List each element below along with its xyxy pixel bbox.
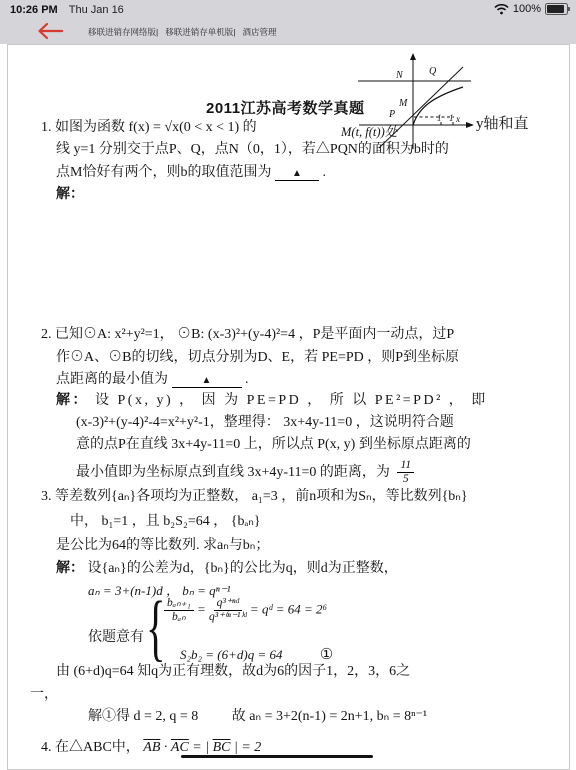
figure-label-Q: Q [429,66,437,77]
q3-sol-line5-right: 故 aₙ = 3+2(n-1) = 2n+1, bₙ = 8ⁿ⁻¹ [232,709,427,724]
q3-sol-line1: 解： 设{aₙ}的公差为d，{bₙ}的公比为q，则d为正整数， [56,560,398,578]
q2-line1: 2. 已知⊙A: x²+y²=1， ⊙B: (x-3)²+(y-4)²=4 ，P… [41,326,454,344]
nav-link-hotel[interactable]: 酒店管理 [242,26,276,38]
ratio-left-num: bₐₙ₊₁ [164,597,194,611]
q1-line1: 1. 如图为函数 f(x) = √x(0 < x < 1) 的 [41,119,257,137]
equals-sign: = [197,602,206,617]
tick-label-2: 1 [449,113,454,123]
wifi-icon [494,4,509,15]
q3-sol-line5-left: 解①得 d = 2, q = 8 [88,709,198,724]
app-toolbar: 移联进销存网络版| 移联进销存单机版| 酒店管理 [0,20,576,44]
fraction-denominator: 5 [403,473,409,486]
q4-eq2: | = 2 [234,740,261,755]
q2-sol-line1-text: 设 P(x, y) ， 因 为 PE=PD ， 所 以 PE²=PD² ， 即 [95,393,488,408]
q3-line2: 中， b₁=1 ，且 b₂S₂=64 ， {bₐₙ} [70,513,261,531]
q2-line2: 作⊙A、⊙B的切线，切点分别为D、E，若 PE=PD ，则P到坐标原 [56,349,459,367]
q2-sol-line4-text: 最小值即为坐标原点到直线 3x+4y-11=0 的距离，为 [76,465,390,480]
nav-link-retail-standalone[interactable]: 移联进销存单机版| [165,26,235,38]
fraction-numerator: 11 [397,459,414,473]
system-brace: { [146,591,166,665]
back-arrow-icon[interactable] [36,22,64,40]
q2-line3-text: 点距离的最小值为 [56,372,168,387]
q1-line3-period: . [322,165,326,180]
q1-line3-text: 点M恰好有两个，则b的取值范围为 [56,165,271,180]
q3-sol-line3: 由 (6+d)q=64 知q为正有理数，故d为6的因子1，2，3，6之 [56,663,410,681]
q2-sol-line2: (x-3)²+(y-4)²-4=x²+y²-1，整理得： 3x+4y-11=0 … [76,414,454,432]
q3-sol-line4: 一， [30,686,58,704]
system-header: 10:26 PM Thu Jan 16 100% 移联进销存网络版| 移联进销存… [0,0,576,44]
q1-line1-tail: y轴和直 [476,115,529,133]
status-time-date: 10:26 PM Thu Jan 16 [10,4,124,16]
ratio-fraction-left: bₐₙ₊₁ bₐₙ [164,597,194,624]
q1-answer-blank: ▲ [275,168,319,181]
vector-BC: BC [213,740,231,755]
battery-icon [545,3,568,15]
q1-line2: 线 y=1 分别交于点P、Q，点N（0，1），若△PQN的面积为b时的 [56,141,449,159]
q1-line1-text: 1. 如图为函数 f(x) = √x(0 < x < 1) 的 [41,120,257,135]
figure-label-N: N [395,70,404,81]
q1-line1-mt: M(t, f(t))处 [341,123,397,141]
circled-one-label: ① [320,647,333,663]
vector-AC: AC [171,740,189,755]
q3-row1-tail: = qᵈ = 64 = 2⁶ [250,602,327,617]
tick-label-1: 1 [437,113,442,123]
ratio-fraction-right: q³⁺ⁿᵈ q³⁺⁽ⁿ⁻¹⁾ᵈ [209,597,247,624]
q3-sol-line5: 解①得 d = 2, q = 8 故 aₙ = 3+2(n-1) = 2n+1,… [88,708,427,726]
ratio-right-num: q³⁺ⁿᵈ [214,597,242,611]
q3-row2-eq: S₂b₂ = (6+d)q = 64 [180,647,283,662]
date-text: Thu Jan 16 [69,4,124,16]
vector-AB: AB [143,740,160,755]
q4-text: 4. 在△ABC中， [41,740,140,755]
figure-label-M: M [398,98,408,109]
y-axis-arrow-icon [410,53,416,60]
q2-answer-blank: ▲ [172,375,242,388]
ratio-right-den: q³⁺⁽ⁿ⁻¹⁾ᵈ [209,611,247,624]
q3-sol-line1-text: 设{aₙ}的公差为d，{bₙ}的公比为q，则d为正整数， [88,561,398,576]
q2-sol-line3: 意的点P在直线 3x+4y-11=0 上，所以点 P(x, y) 到坐标原点距离… [76,436,471,454]
q4-eq1: = | [192,740,209,755]
q2-sol-line4: 最小值即为坐标原点到直线 3x+4y-11=0 的距离，为 11 5 [76,459,414,486]
q2-line3-period: . [245,372,249,387]
q3-line3: 是公比为64的等比数列. 求aₙ与bₙ； [56,537,269,555]
ratio-left-den: bₐₙ [172,611,186,624]
x-axis-arrow-icon [466,122,474,128]
document-page[interactable]: 2011江苏高考数学真题 1 1 N Q M P x 1. 如图为函数 f(x)… [7,44,570,768]
q2-line3: 点距离的最小值为 ▲ . [56,371,249,389]
status-bar: 10:26 PM Thu Jan 16 100% [0,0,576,20]
q2-answer-fraction: 11 5 [397,459,414,486]
q3-system-label: 依题意有 [88,629,144,647]
figure-label-P: P [388,109,395,120]
q3-system-row2: S₂b₂ = (6+d)q = 64 ① [180,645,333,664]
q3-system-row1: bₐₙ₊₁ bₐₙ = q³⁺ⁿᵈ q³⁺⁽ⁿ⁻¹⁾ᵈ = qᵈ = 64 = … [164,597,327,624]
nav-link-retail-network[interactable]: 移联进销存网络版| [88,26,158,38]
q2-sol-line1: 解： 设 P(x, y) ， 因 为 PE=PD ， 所 以 PE²=PD² ，… [56,392,488,410]
dot-operator: · [164,740,168,755]
battery-percent-text: 100% [513,3,541,15]
breadcrumb: 移联进销存网络版| 移联进销存单机版| 酒店管理 [88,26,276,38]
clock-text: 10:26 PM [10,4,58,16]
page-title: 2011江苏高考数学真题 [206,97,365,118]
q1-solution-label: 解： [56,186,84,204]
q1-line3: 点M恰好有两个，则b的取值范围为 ▲ . [56,164,326,182]
figure-label-x: x [455,114,460,124]
q3-solution-label: 解： [56,561,84,576]
q2-solution-label: 解： [56,393,89,408]
q3-line1: 3. 等差数列{aₙ}各项均为正整数， a₁=3 ，前n项和为Sₙ，等比数列{b… [41,488,468,506]
q4-heavy-underline [181,755,373,758]
